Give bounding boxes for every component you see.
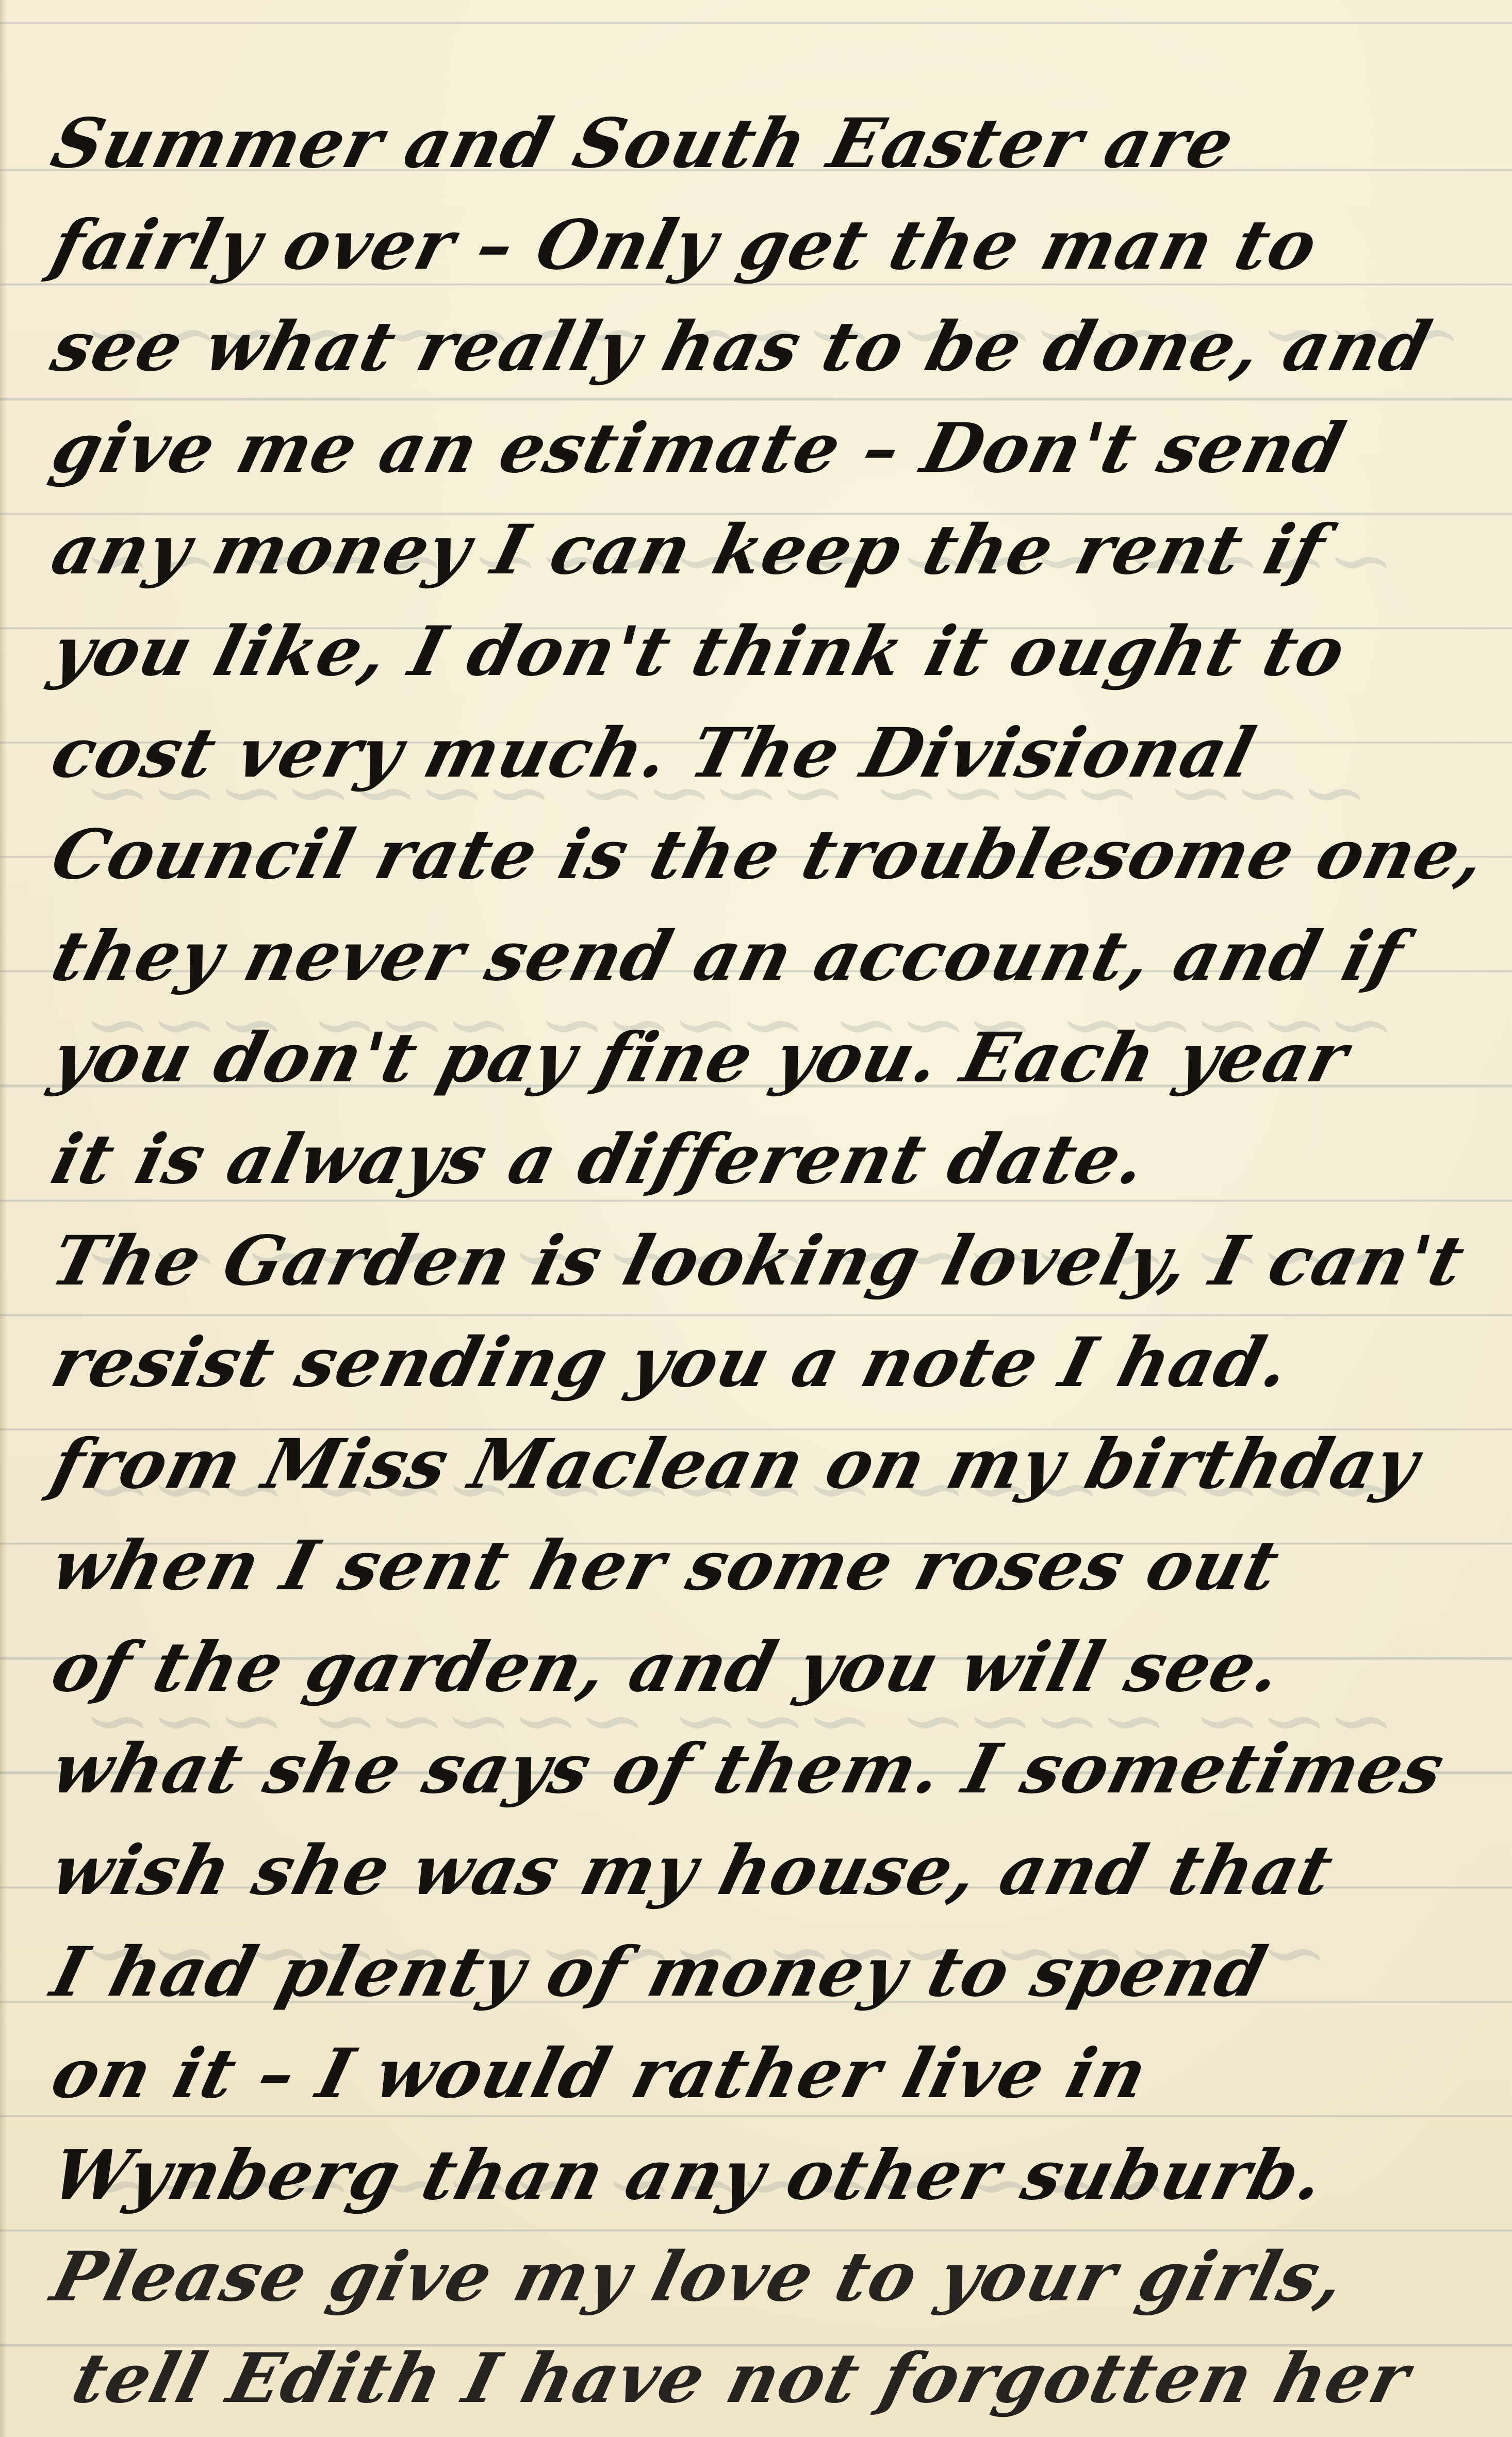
letter-line-4: give me an estimate – Don't send [41, 398, 1510, 499]
letter-body: Summer and South Easter are fairly over … [41, 93, 1485, 2429]
paper-edge [0, 0, 7, 2437]
letter-line-18: wish she was my house, and that [41, 1820, 1510, 1921]
letter-line-17: what she says of them. I sometimes [41, 1718, 1510, 1820]
letter-line-16: of the garden, and you will see. [41, 1617, 1510, 1718]
letter-line-6: you like, I don't think it ought to [41, 601, 1510, 702]
letter-line-8: Council rate is the troublesome one, [41, 804, 1510, 905]
letter-line-12: The Garden is looking lovely, I can't [41, 1210, 1510, 1312]
letter-line-13: resist sending you a note I had. [41, 1312, 1510, 1413]
letter-line-15: when I sent her some roses out [41, 1515, 1510, 1617]
letter-line-20: on it – I would rather live in [41, 2023, 1510, 2125]
letter-line-2: fairly over – Only get the man to [41, 194, 1510, 296]
letter-line-22: Please give my love to your girls, [41, 2226, 1510, 2328]
letter-line-5: any money I can keep the rent if [41, 499, 1510, 601]
letter-line-10: you don't pay fine you. Each year [41, 1007, 1510, 1109]
letter-line-3: see what really has to be done, and [41, 296, 1510, 398]
letter-line-21: Wynberg than any other suburb. [41, 2125, 1510, 2226]
letter-line-7: cost very much. The Divisional [41, 702, 1510, 804]
letter-line-11: it is always a different date. [41, 1109, 1510, 1210]
letter-line-23: tell Edith I have not forgotten her [41, 2328, 1510, 2429]
letter-line-1: Summer and South Easter are [41, 93, 1510, 194]
letter-line-9: they never send an account, and if [41, 905, 1510, 1007]
letter-line-19: I had plenty of money to spend [41, 1921, 1510, 2023]
letter-line-14: from Miss Maclean on my birthday [41, 1413, 1510, 1515]
